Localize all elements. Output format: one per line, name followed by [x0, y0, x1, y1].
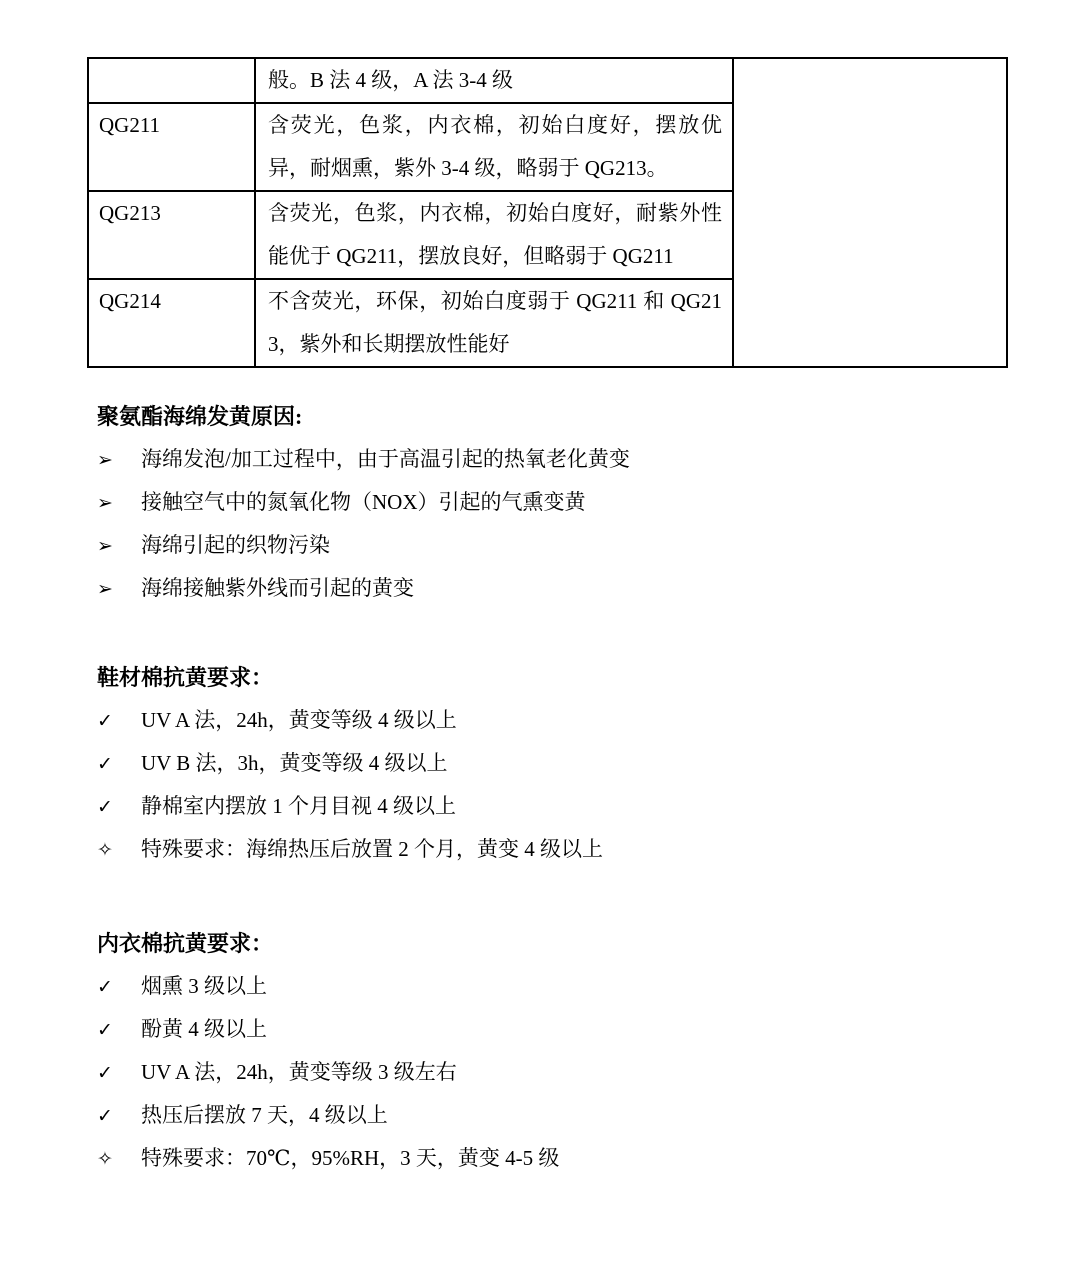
- product-grade-table: 般。B 法 4 级，A 法 3-4 级 QG211 含荧光，色浆，内衣棉，初始白…: [87, 57, 1008, 368]
- section-title: 聚氨酯海绵发黄原因:: [97, 395, 1007, 438]
- list-item-text: UV A 法，24h，黄变等级 3 级左右: [141, 1060, 457, 1084]
- table-row: 般。B 法 4 级，A 法 3-4 级: [88, 58, 1007, 103]
- list-item-text: UV A 法，24h，黄变等级 4 级以上: [141, 708, 457, 732]
- list-item-text: 特殊要求：海绵热压后放置 2 个月，黄变 4 级以上: [141, 837, 603, 861]
- list-item: ✧特殊要求：70℃，95%RH，3 天，黄变 4-5 级: [97, 1137, 1007, 1180]
- section-shoe-cotton-requirements: 鞋材棉抗黄要求： ✓UV A 法，24h，黄变等级 4 级以上 ✓UV B 法，…: [97, 656, 1007, 871]
- check-bullet-icon: ✓: [97, 700, 141, 743]
- grade-desc-cell: 不含荧光，环保，初始白度弱于 QG211 和 QG213，紫外和长期摆放性能好: [255, 279, 733, 367]
- list-item-text: 烟熏 3 级以上: [141, 974, 267, 998]
- arrow-bullet-icon: ➢: [97, 482, 141, 525]
- section-title: 鞋材棉抗黄要求：: [97, 656, 1007, 699]
- document-page: 般。B 法 4 级，A 法 3-4 级 QG211 含荧光，色浆，内衣棉，初始白…: [0, 0, 1074, 1266]
- grade-desc-cell: 含荧光，色浆，内衣棉，初始白度好，耐紫外性能优于 QG211，摆放良好，但略弱于…: [255, 191, 733, 279]
- check-bullet-icon: ✓: [97, 1009, 141, 1052]
- list-item-text: 静棉室内摆放 1 个月目视 4 级以上: [141, 794, 456, 818]
- list-item: ➢海绵引起的织物污染: [97, 524, 1007, 567]
- arrow-bullet-icon: ➢: [97, 568, 141, 611]
- list-item-text: 海绵接触紫外线而引起的黄变: [141, 576, 414, 600]
- list-item: ✓静棉室内摆放 1 个月目视 4 级以上: [97, 785, 1007, 828]
- arrow-bullet-icon: ➢: [97, 439, 141, 482]
- list-item: ✓UV A 法，24h，黄变等级 4 级以上: [97, 699, 1007, 742]
- list-item-text: UV B 法，3h，黄变等级 4 级以上: [141, 751, 447, 775]
- list-item-text: 酚黄 4 级以上: [141, 1017, 267, 1041]
- list-item-text: 海绵发泡/加工过程中，由于高温引起的热氧老化黄变: [141, 447, 630, 471]
- check-bullet-icon: ✓: [97, 743, 141, 786]
- list-item: ✧特殊要求：海绵热压后放置 2 个月，黄变 4 级以上: [97, 828, 1007, 871]
- list-item-text: 海绵引起的织物污染: [141, 533, 330, 557]
- list-item: ➢接触空气中的氮氧化物（NOX）引起的气熏变黄: [97, 481, 1007, 524]
- arrow-bullet-icon: ➢: [97, 525, 141, 568]
- table-note-cell: [733, 58, 1007, 367]
- list-item: ✓酚黄 4 级以上: [97, 1008, 1007, 1051]
- grade-code-cell: [88, 58, 255, 103]
- check-bullet-icon: ✓: [97, 786, 141, 829]
- list-item: ✓热压后摆放 7 天，4 级以上: [97, 1094, 1007, 1137]
- check-bullet-icon: ✓: [97, 1052, 141, 1095]
- grade-desc-cell: 般。B 法 4 级，A 法 3-4 级: [255, 58, 733, 103]
- grade-code-cell: QG211: [88, 103, 255, 191]
- grade-code-cell: QG213: [88, 191, 255, 279]
- section-title: 内衣棉抗黄要求：: [97, 922, 1007, 965]
- list-item: ✓UV A 法，24h，黄变等级 3 级左右: [97, 1051, 1007, 1094]
- list-item: ✓UV B 法，3h，黄变等级 4 级以上: [97, 742, 1007, 785]
- diamond-bullet-icon: ✧: [97, 829, 141, 872]
- diamond-bullet-icon: ✧: [97, 1138, 141, 1181]
- section-underwear-cotton-requirements: 内衣棉抗黄要求： ✓烟熏 3 级以上 ✓酚黄 4 级以上 ✓UV A 法，24h…: [97, 922, 1007, 1180]
- list-item-text: 热压后摆放 7 天，4 级以上: [141, 1103, 388, 1127]
- list-item: ✓烟熏 3 级以上: [97, 965, 1007, 1008]
- grade-desc-cell: 含荧光，色浆，内衣棉，初始白度好，摆放优异，耐烟熏，紫外 3-4 级，略弱于 Q…: [255, 103, 733, 191]
- check-bullet-icon: ✓: [97, 1095, 141, 1138]
- section-sponge-yellowing-causes: 聚氨酯海绵发黄原因: ➢海绵发泡/加工过程中，由于高温引起的热氧老化黄变 ➢接触…: [97, 395, 1007, 610]
- list-item-text: 接触空气中的氮氧化物（NOX）引起的气熏变黄: [141, 490, 586, 514]
- list-item: ➢海绵接触紫外线而引起的黄变: [97, 567, 1007, 610]
- list-item: ➢海绵发泡/加工过程中，由于高温引起的热氧老化黄变: [97, 438, 1007, 481]
- list-item-text: 特殊要求：70℃，95%RH，3 天，黄变 4-5 级: [141, 1146, 559, 1170]
- check-bullet-icon: ✓: [97, 966, 141, 1009]
- grade-code-cell: QG214: [88, 279, 255, 367]
